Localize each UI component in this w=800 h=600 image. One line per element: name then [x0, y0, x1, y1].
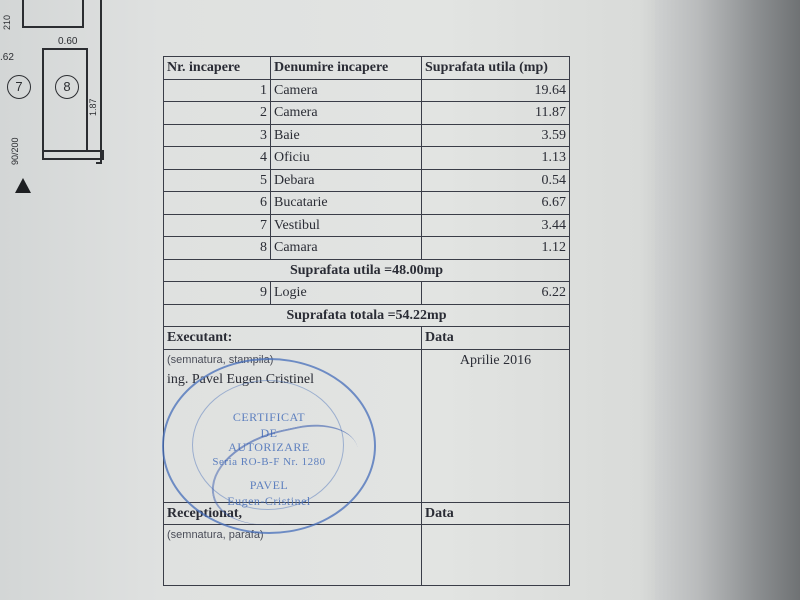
row-name: Debara — [271, 169, 422, 192]
row-nr: 3 — [164, 124, 271, 147]
room-marker-7: 7 — [7, 75, 31, 99]
row-nr: 9 — [164, 282, 271, 305]
table-row: 1Camera19.64 — [164, 79, 570, 102]
total-text: Suprafata totala =54.22mp — [164, 304, 570, 327]
row-name: Bucatarie — [271, 192, 422, 215]
header-nr: Nr. incapere — [164, 57, 271, 80]
stamp-line: CERTIFICAT — [164, 410, 374, 425]
subtotal-row: Suprafata utila =48.00mp — [164, 259, 570, 282]
door-label-bottom: 90/200 — [10, 137, 20, 165]
table-row: 8Camara1.12 — [164, 237, 570, 260]
row-nr: 8 — [164, 237, 271, 260]
floor-plan-fragment: 0.60 .62 1.87 210 90/200 7 8 — [0, 0, 160, 210]
door-label-top: 210 — [2, 15, 12, 30]
row-name: Vestibul — [271, 214, 422, 237]
row-name: Camera — [271, 102, 422, 125]
receptionat-signature-cell: (semnatura, parafa) — [164, 525, 422, 586]
plan-wall — [42, 48, 88, 152]
plan-wall — [96, 0, 102, 164]
table-row: 2Camera11.87 — [164, 102, 570, 125]
row-area: 6.22 — [422, 282, 570, 305]
dimension-vertical: 1.87 — [88, 98, 98, 116]
row-area: 19.64 — [422, 79, 570, 102]
table-header-row: Nr. incapere Denumire incapere Suprafata… — [164, 57, 570, 80]
header-area: Suprafata utila (mp) — [422, 57, 570, 80]
row-nr: 1 — [164, 79, 271, 102]
data-label: Data — [422, 327, 570, 350]
north-arrow-icon — [15, 178, 31, 193]
row-nr: 5 — [164, 169, 271, 192]
row-nr: 2 — [164, 102, 271, 125]
dimension-left: .62 — [0, 52, 14, 63]
dimension-top: 0.60 — [58, 36, 77, 47]
data-label-2: Data — [422, 502, 570, 525]
row-area: 1.13 — [422, 147, 570, 170]
plan-wall — [42, 150, 104, 160]
row-name: Baie — [271, 124, 422, 147]
table-row: 7Vestibul3.44 — [164, 214, 570, 237]
subtotal-text: Suprafata utila =48.00mp — [164, 259, 570, 282]
row-nr: 4 — [164, 147, 271, 170]
receptionat-signature-row: (semnatura, parafa) — [164, 525, 570, 586]
paper-edge-shadow — [655, 0, 800, 600]
total-row: Suprafata totala =54.22mp — [164, 304, 570, 327]
table-row: 5Debara0.54 — [164, 169, 570, 192]
executant-label: Executant: — [164, 327, 422, 350]
receptionat-date-cell — [422, 525, 570, 586]
row-name: Camara — [271, 237, 422, 260]
row-name: Oficiu — [271, 147, 422, 170]
row-name: Camera — [271, 79, 422, 102]
row-area: 3.44 — [422, 214, 570, 237]
executant-header-row: Executant: Data — [164, 327, 570, 350]
row-area: 3.59 — [422, 124, 570, 147]
room-marker-8: 8 — [55, 75, 79, 99]
table-row: 9Logie6.22 — [164, 282, 570, 305]
row-name: Logie — [271, 282, 422, 305]
row-nr: 6 — [164, 192, 271, 215]
date-value: Aprilie 2016 — [422, 349, 570, 502]
row-area: 1.12 — [422, 237, 570, 260]
row-nr: 7 — [164, 214, 271, 237]
plan-wall — [22, 0, 84, 28]
table-row: 6Bucatarie6.67 — [164, 192, 570, 215]
table-row: 3Baie3.59 — [164, 124, 570, 147]
row-area: 6.67 — [422, 192, 570, 215]
row-area: 11.87 — [422, 102, 570, 125]
row-area: 0.54 — [422, 169, 570, 192]
header-name: Denumire incapere — [271, 57, 422, 80]
table-row: 4Oficiu1.13 — [164, 147, 570, 170]
